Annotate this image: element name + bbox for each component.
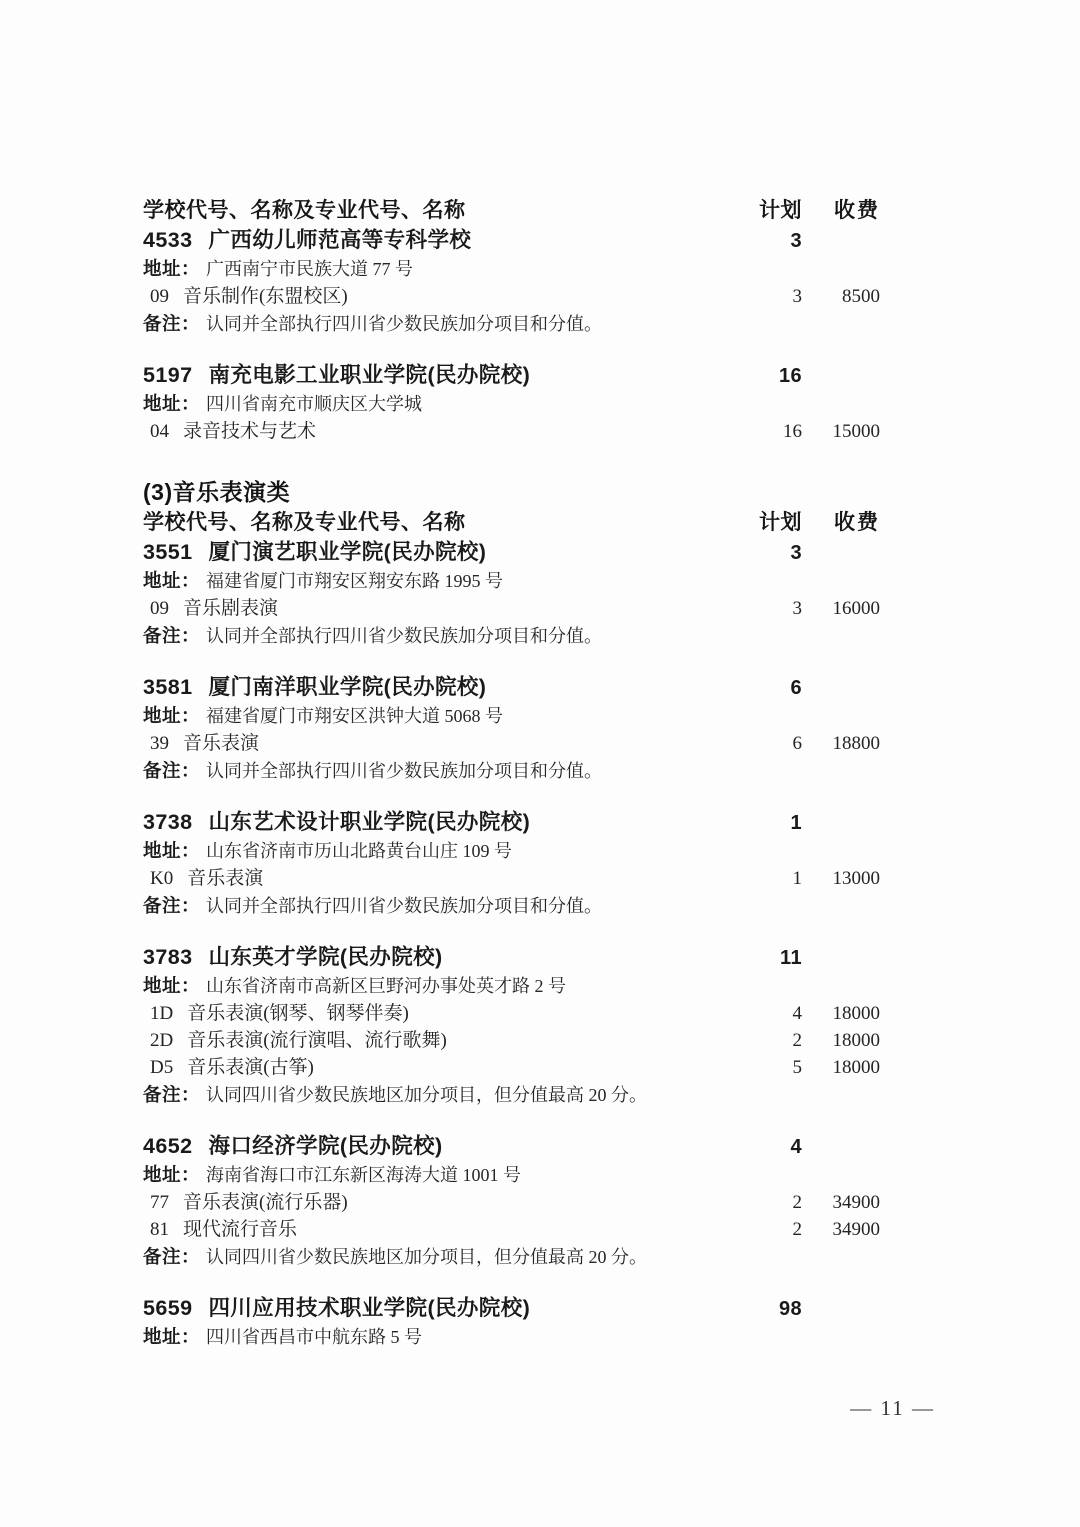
major-title: 1D音乐表演(钢琴、钢琴伴奏) [143, 1000, 740, 1027]
note-label: 备注： [143, 1084, 200, 1105]
address: 地址：福建省厦门市翔安区翔安东路 1995 号 [143, 567, 880, 595]
major-fee: 18000 [802, 1027, 880, 1054]
major-code: 81 [150, 1219, 169, 1240]
school-plan-total: 1 [740, 810, 802, 837]
school-row: 3581厦门南洋职业学院(民办院校)6 [143, 674, 880, 702]
major-title: 09音乐制作(东盟校区) [143, 283, 740, 310]
note-text: 认同四川省少数民族地区加分项目，但分值最高 20 分。 [206, 1085, 647, 1105]
major-plan: 2 [740, 1216, 802, 1243]
major-row: 09音乐制作(东盟校区)38500 [143, 283, 880, 310]
column-header-plan: 计划 [740, 509, 802, 536]
major-row: K0音乐表演113000 [143, 865, 880, 892]
school-title: 3581厦门南洋职业学院(民办院校) [143, 674, 740, 701]
note-text: 认同并全部执行四川省少数民族加分项目和分值。 [206, 626, 602, 646]
major-fee: 18000 [802, 1000, 880, 1027]
major-plan: 2 [740, 1027, 802, 1054]
school-title: 5197南充电影工业职业学院(民办院校) [143, 362, 740, 389]
address-row: 地址：福建省厦门市翔安区洪钟大道 5068 号 [143, 702, 880, 730]
school-row: 4533广西幼儿师范高等专科学校3 [143, 227, 880, 255]
table-header-row: 学校代号、名称及专业代号、名称计划收费 [143, 197, 880, 224]
note: 备注：认同四川省少数民族地区加分项目，但分值最高 20 分。 [143, 1081, 880, 1109]
major-plan: 3 [740, 283, 802, 310]
school-code: 5197 [143, 363, 192, 387]
address-label: 地址： [143, 705, 200, 726]
major-row: 09音乐剧表演316000 [143, 595, 880, 622]
address-text: 福建省厦门市翔安区翔安东路 1995 号 [206, 571, 503, 591]
note-label: 备注： [143, 625, 200, 646]
address: 地址：四川省南充市顺庆区大学城 [143, 390, 880, 418]
school-block: 3783山东英才学院(民办院校)11地址：山东省济南市高新区巨野河办事处英才路 … [143, 944, 880, 1109]
major-plan: 6 [740, 730, 802, 757]
major-name: 录音技术与艺术 [183, 421, 316, 442]
school-code: 5659 [143, 1296, 192, 1320]
school-code: 3783 [143, 945, 192, 969]
major-code: 77 [150, 1192, 169, 1213]
school-title: 3783山东英才学院(民办院校) [143, 944, 740, 971]
school-name: 山东英才学院(民办院校) [208, 945, 442, 969]
major-title: 09音乐剧表演 [143, 595, 740, 622]
major-title: D5音乐表演(古筝) [143, 1054, 740, 1081]
address-label: 地址： [143, 840, 200, 861]
school-block: 3551厦门演艺职业学院(民办院校)3地址：福建省厦门市翔安区翔安东路 1995… [143, 539, 880, 650]
school-title: 3738山东艺术设计职业学院(民办院校) [143, 809, 740, 836]
school-row: 3783山东英才学院(民办院校)11 [143, 944, 880, 972]
enrollment-plan-content: 学校代号、名称及专业代号、名称计划收费4533广西幼儿师范高等专科学校3地址：广… [143, 197, 880, 1351]
school-name: 厦门南洋职业学院(民办院校) [208, 675, 486, 699]
major-plan: 1 [740, 865, 802, 892]
major-fee: 18000 [802, 1054, 880, 1081]
major-row: 2D音乐表演(流行演唱、流行歌舞)218000 [143, 1027, 880, 1054]
note-text: 认同四川省少数民族地区加分项目，但分值最高 20 分。 [206, 1247, 647, 1267]
major-title: K0音乐表演 [143, 865, 740, 892]
note-label: 备注： [143, 895, 200, 916]
school-code: 3551 [143, 540, 192, 564]
page-footer: — 11 — [850, 1396, 935, 1421]
school-row: 3738山东艺术设计职业学院(民办院校)1 [143, 809, 880, 837]
major-name: 现代流行音乐 [183, 1219, 297, 1240]
school-title: 4652海口经济学院(民办院校) [143, 1133, 740, 1160]
school-code: 3738 [143, 810, 192, 834]
address: 地址：山东省济南市高新区巨野河办事处英才路 2 号 [143, 972, 880, 1000]
plan-section: (3)音乐表演类学校代号、名称及专业代号、名称计划收费3551厦门演艺职业学院(… [143, 475, 880, 1351]
major-fee: 13000 [802, 865, 880, 892]
major-fee: 34900 [802, 1189, 880, 1216]
major-row: 1D音乐表演(钢琴、钢琴伴奏)418000 [143, 1000, 880, 1027]
major-code: 39 [150, 733, 169, 754]
note: 备注：认同并全部执行四川省少数民族加分项目和分值。 [143, 622, 880, 650]
address-label: 地址： [143, 1164, 200, 1185]
major-title: 04录音技术与艺术 [143, 418, 740, 445]
address: 地址：广西南宁市民族大道 77 号 [143, 255, 880, 283]
school-row: 5659四川应用技术职业学院(民办院校)98 [143, 1295, 880, 1323]
school-row: 5197南充电影工业职业学院(民办院校)16 [143, 362, 880, 390]
school-block: 4533广西幼儿师范高等专科学校3地址：广西南宁市民族大道 77 号09音乐制作… [143, 227, 880, 338]
address-row: 地址：海南省海口市江东新区海涛大道 1001 号 [143, 1161, 880, 1189]
major-code: K0 [150, 868, 173, 889]
note: 备注：认同四川省少数民族地区加分项目，但分值最高 20 分。 [143, 1243, 880, 1271]
address-label: 地址： [143, 570, 200, 591]
note-label: 备注： [143, 313, 200, 334]
address-label: 地址： [143, 975, 200, 996]
address-text: 广西南宁市民族大道 77 号 [206, 259, 413, 279]
major-name: 音乐表演(钢琴、钢琴伴奏) [187, 1003, 409, 1024]
address: 地址：山东省济南市历山北路黄台山庄 109 号 [143, 837, 880, 865]
address-text: 山东省济南市高新区巨野河办事处英才路 2 号 [206, 976, 566, 996]
major-title: 2D音乐表演(流行演唱、流行歌舞) [143, 1027, 740, 1054]
address: 地址：四川省西昌市中航东路 5 号 [143, 1323, 880, 1351]
address-label: 地址： [143, 258, 200, 279]
school-title: 5659四川应用技术职业学院(民办院校) [143, 1295, 740, 1322]
school-title: 3551厦门演艺职业学院(民办院校) [143, 539, 740, 566]
major-title: 77音乐表演(流行乐器) [143, 1189, 740, 1216]
address-row: 地址：四川省南充市顺庆区大学城 [143, 390, 880, 418]
major-code: 09 [150, 286, 169, 307]
school-block: 5197南充电影工业职业学院(民办院校)16地址：四川省南充市顺庆区大学城04录… [143, 362, 880, 445]
school-name: 广西幼儿师范高等专科学校 [208, 228, 471, 252]
major-fee: 8500 [802, 283, 880, 310]
address-text: 海南省海口市江东新区海涛大道 1001 号 [206, 1165, 521, 1185]
address-text: 四川省西昌市中航东路 5 号 [206, 1327, 422, 1347]
major-name: 音乐剧表演 [183, 598, 278, 619]
school-block: 5659四川应用技术职业学院(民办院校)98地址：四川省西昌市中航东路 5 号 [143, 1295, 880, 1351]
address-row: 地址：山东省济南市历山北路黄台山庄 109 号 [143, 837, 880, 865]
school-row: 4652海口经济学院(民办院校)4 [143, 1133, 880, 1161]
address: 地址：福建省厦门市翔安区洪钟大道 5068 号 [143, 702, 880, 730]
note: 备注：认同并全部执行四川省少数民族加分项目和分值。 [143, 757, 880, 785]
note-row: 备注：认同并全部执行四川省少数民族加分项目和分值。 [143, 892, 880, 920]
school-name: 厦门演艺职业学院(民办院校) [208, 540, 486, 564]
school-plan-total: 6 [740, 675, 802, 702]
major-code: D5 [150, 1057, 173, 1078]
school-name: 山东艺术设计职业学院(民办院校) [208, 810, 530, 834]
school-plan-total: 16 [740, 363, 802, 390]
note-label: 备注： [143, 1246, 200, 1267]
major-name: 音乐表演(古筝) [187, 1057, 314, 1078]
major-code: 04 [150, 421, 169, 442]
major-plan: 16 [740, 418, 802, 445]
major-row: D5音乐表演(古筝)518000 [143, 1054, 880, 1081]
school-title: 4533广西幼儿师范高等专科学校 [143, 227, 740, 254]
school-name: 四川应用技术职业学院(民办院校) [208, 1296, 530, 1320]
address-label: 地址： [143, 393, 200, 414]
page-number: — 11 — [850, 1396, 935, 1420]
address-row: 地址：山东省济南市高新区巨野河办事处英才路 2 号 [143, 972, 880, 1000]
major-code: 09 [150, 598, 169, 619]
school-plan-total: 3 [740, 540, 802, 567]
major-name: 音乐表演 [183, 733, 259, 754]
major-row: 39音乐表演618800 [143, 730, 880, 757]
major-name: 音乐表演(流行演唱、流行歌舞) [187, 1030, 447, 1051]
column-header-plan: 计划 [740, 197, 802, 224]
major-plan: 3 [740, 595, 802, 622]
school-code: 4652 [143, 1134, 192, 1158]
note: 备注：认同并全部执行四川省少数民族加分项目和分值。 [143, 892, 880, 920]
major-plan: 5 [740, 1054, 802, 1081]
school-block: 3581厦门南洋职业学院(民办院校)6地址：福建省厦门市翔安区洪钟大道 5068… [143, 674, 880, 785]
note-text: 认同并全部执行四川省少数民族加分项目和分值。 [206, 314, 602, 334]
address-row: 地址：福建省厦门市翔安区翔安东路 1995 号 [143, 567, 880, 595]
major-plan: 4 [740, 1000, 802, 1027]
table-header-row: 学校代号、名称及专业代号、名称计划收费 [143, 509, 880, 536]
address-label: 地址： [143, 1326, 200, 1347]
school-row: 3551厦门演艺职业学院(民办院校)3 [143, 539, 880, 567]
major-fee: 18800 [802, 730, 880, 757]
major-fee: 34900 [802, 1216, 880, 1243]
major-row: 81现代流行音乐234900 [143, 1216, 880, 1243]
column-header-fee: 收费 [802, 509, 880, 536]
school-plan-total: 11 [740, 945, 802, 972]
major-row: 04录音技术与艺术1615000 [143, 418, 880, 445]
major-code: 2D [150, 1030, 173, 1051]
school-block: 3738山东艺术设计职业学院(民办院校)1地址：山东省济南市历山北路黄台山庄 1… [143, 809, 880, 920]
note-row: 备注：认同并全部执行四川省少数民族加分项目和分值。 [143, 310, 880, 338]
school-code: 4533 [143, 228, 192, 252]
address-row: 地址：广西南宁市民族大道 77 号 [143, 255, 880, 283]
note-text: 认同并全部执行四川省少数民族加分项目和分值。 [206, 761, 602, 781]
major-row: 77音乐表演(流行乐器)234900 [143, 1189, 880, 1216]
school-plan-total: 3 [740, 228, 802, 255]
column-header-fee: 收费 [802, 197, 880, 224]
note-row: 备注：认同四川省少数民族地区加分项目，但分值最高 20 分。 [143, 1081, 880, 1109]
major-code: 1D [150, 1003, 173, 1024]
major-name: 音乐制作(东盟校区) [183, 286, 348, 307]
school-plan-total: 4 [740, 1134, 802, 1161]
major-title: 39音乐表演 [143, 730, 740, 757]
address-text: 山东省济南市历山北路黄台山庄 109 号 [206, 841, 512, 861]
note-text: 认同并全部执行四川省少数民族加分项目和分值。 [206, 896, 602, 916]
address-text: 四川省南充市顺庆区大学城 [206, 394, 422, 414]
school-plan-total: 98 [740, 1296, 802, 1323]
major-plan: 2 [740, 1189, 802, 1216]
major-name: 音乐表演(流行乐器) [183, 1192, 348, 1213]
address-text: 福建省厦门市翔安区洪钟大道 5068 号 [206, 706, 503, 726]
major-fee: 16000 [802, 595, 880, 622]
column-header-school: 学校代号、名称及专业代号、名称 [143, 197, 740, 224]
note-label: 备注： [143, 760, 200, 781]
document-page: 学校代号、名称及专业代号、名称计划收费4533广西幼儿师范高等专科学校3地址：广… [0, 0, 1080, 1527]
school-name: 南充电影工业职业学院(民办院校) [208, 363, 530, 387]
address-row: 地址：四川省西昌市中航东路 5 号 [143, 1323, 880, 1351]
school-code: 3581 [143, 675, 192, 699]
major-fee: 15000 [802, 418, 880, 445]
note: 备注：认同并全部执行四川省少数民族加分项目和分值。 [143, 310, 880, 338]
note-row: 备注：认同并全部执行四川省少数民族加分项目和分值。 [143, 622, 880, 650]
school-name: 海口经济学院(民办院校) [208, 1134, 442, 1158]
column-header-school: 学校代号、名称及专业代号、名称 [143, 509, 740, 536]
plan-section: 学校代号、名称及专业代号、名称计划收费4533广西幼儿师范高等专科学校3地址：广… [143, 197, 880, 445]
note-row: 备注：认同并全部执行四川省少数民族加分项目和分值。 [143, 757, 880, 785]
address: 地址：海南省海口市江东新区海涛大道 1001 号 [143, 1161, 880, 1189]
note-row: 备注：认同四川省少数民族地区加分项目，但分值最高 20 分。 [143, 1243, 880, 1271]
major-title: 81现代流行音乐 [143, 1216, 740, 1243]
school-block: 4652海口经济学院(民办院校)4地址：海南省海口市江东新区海涛大道 1001 … [143, 1133, 880, 1271]
major-name: 音乐表演 [187, 868, 263, 889]
section-heading: (3)音乐表演类 [143, 475, 880, 509]
